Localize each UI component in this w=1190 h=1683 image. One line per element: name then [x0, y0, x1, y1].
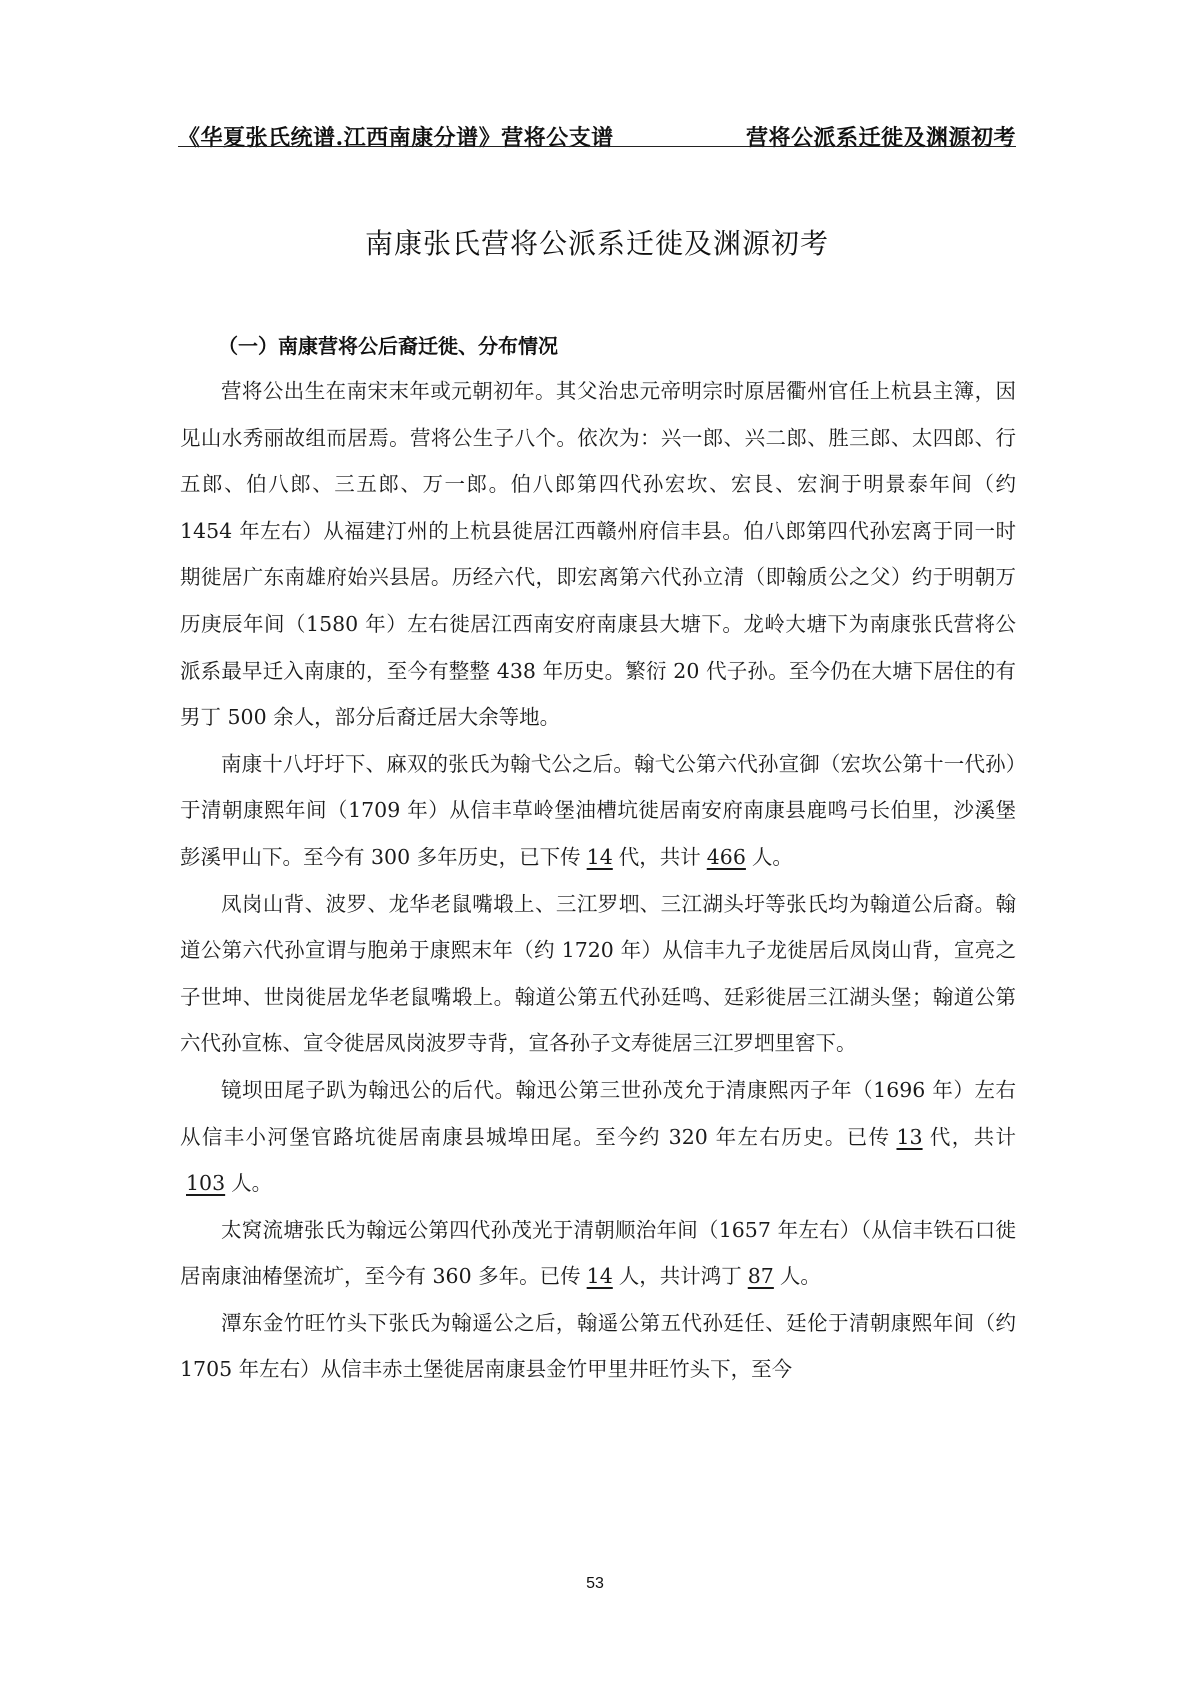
- header-chapter-title: 营将公派系迁徙及渊源初考: [746, 121, 1016, 152]
- body-text: 营将公出生在南宋末年或元朝初年。其父治忠元帝明宗时原居衢州官任上杭县主簿，因见山…: [180, 368, 1016, 1393]
- paragraph-1: 营将公出生在南宋末年或元朝初年。其父治忠元帝明宗时原居衢州官任上杭县主簿，因见山…: [180, 368, 1016, 741]
- paragraph-4: 镜坝田尾子趴为翰迅公的后代。翰迅公第三世孙茂允于清康熙丙子年（1696 年）左右…: [180, 1067, 1016, 1207]
- document-page: 《华夏张氏统谱.江西南康分谱》营将公支谱 营将公派系迁徙及渊源初考 南康张氏营将…: [0, 0, 1190, 1683]
- header-book-title: 《华夏张氏统谱.江西南康分谱》营将公支谱: [178, 121, 614, 152]
- population-count: 87: [742, 1264, 780, 1288]
- paragraph-3: 凤岗山背、波罗、龙华老鼠嘴塅上、三江罗垇、三江湖头圩等张氏均为翰道公后裔。翰道公…: [180, 881, 1016, 1067]
- paragraph-5: 太窝流塘张氏为翰远公第四代孙茂光于清朝顺治年间（1657 年左右）（从信丰铁石口…: [180, 1207, 1016, 1300]
- page-title: 南康张氏营将公派系迁徙及渊源初考: [178, 222, 1016, 262]
- paragraph-text: 人。: [752, 845, 793, 869]
- paragraph-text: 代，共计: [929, 1125, 1016, 1149]
- section-heading: （一）南康营将公后裔迁徙、分布情况: [218, 330, 558, 359]
- generation-count: 13: [890, 1125, 928, 1149]
- paragraph-text: 代，共计: [619, 845, 701, 869]
- generation-count: 14: [581, 845, 619, 869]
- page-number: 53: [0, 1575, 1190, 1593]
- population-count: 466: [701, 845, 752, 869]
- paragraph-2: 南康十八圩圩下、麻双的张氏为翰弋公之后。翰弋公第六代孙宣御（宏坎公第十一代孙）于…: [180, 741, 1016, 881]
- population-count: 103: [180, 1171, 231, 1195]
- paragraph-text: 人。: [231, 1171, 272, 1195]
- generation-count: 14: [581, 1264, 619, 1288]
- paragraph-text: 人。: [780, 1264, 821, 1288]
- paragraph-6: 潭东金竹旺竹头下张氏为翰遥公之后，翰遥公第五代孙廷任、廷伦于清朝康熙年间（约 1…: [180, 1300, 1016, 1393]
- paragraph-text: 人，共计鸿丁: [619, 1264, 742, 1288]
- header-divider: [178, 146, 1016, 147]
